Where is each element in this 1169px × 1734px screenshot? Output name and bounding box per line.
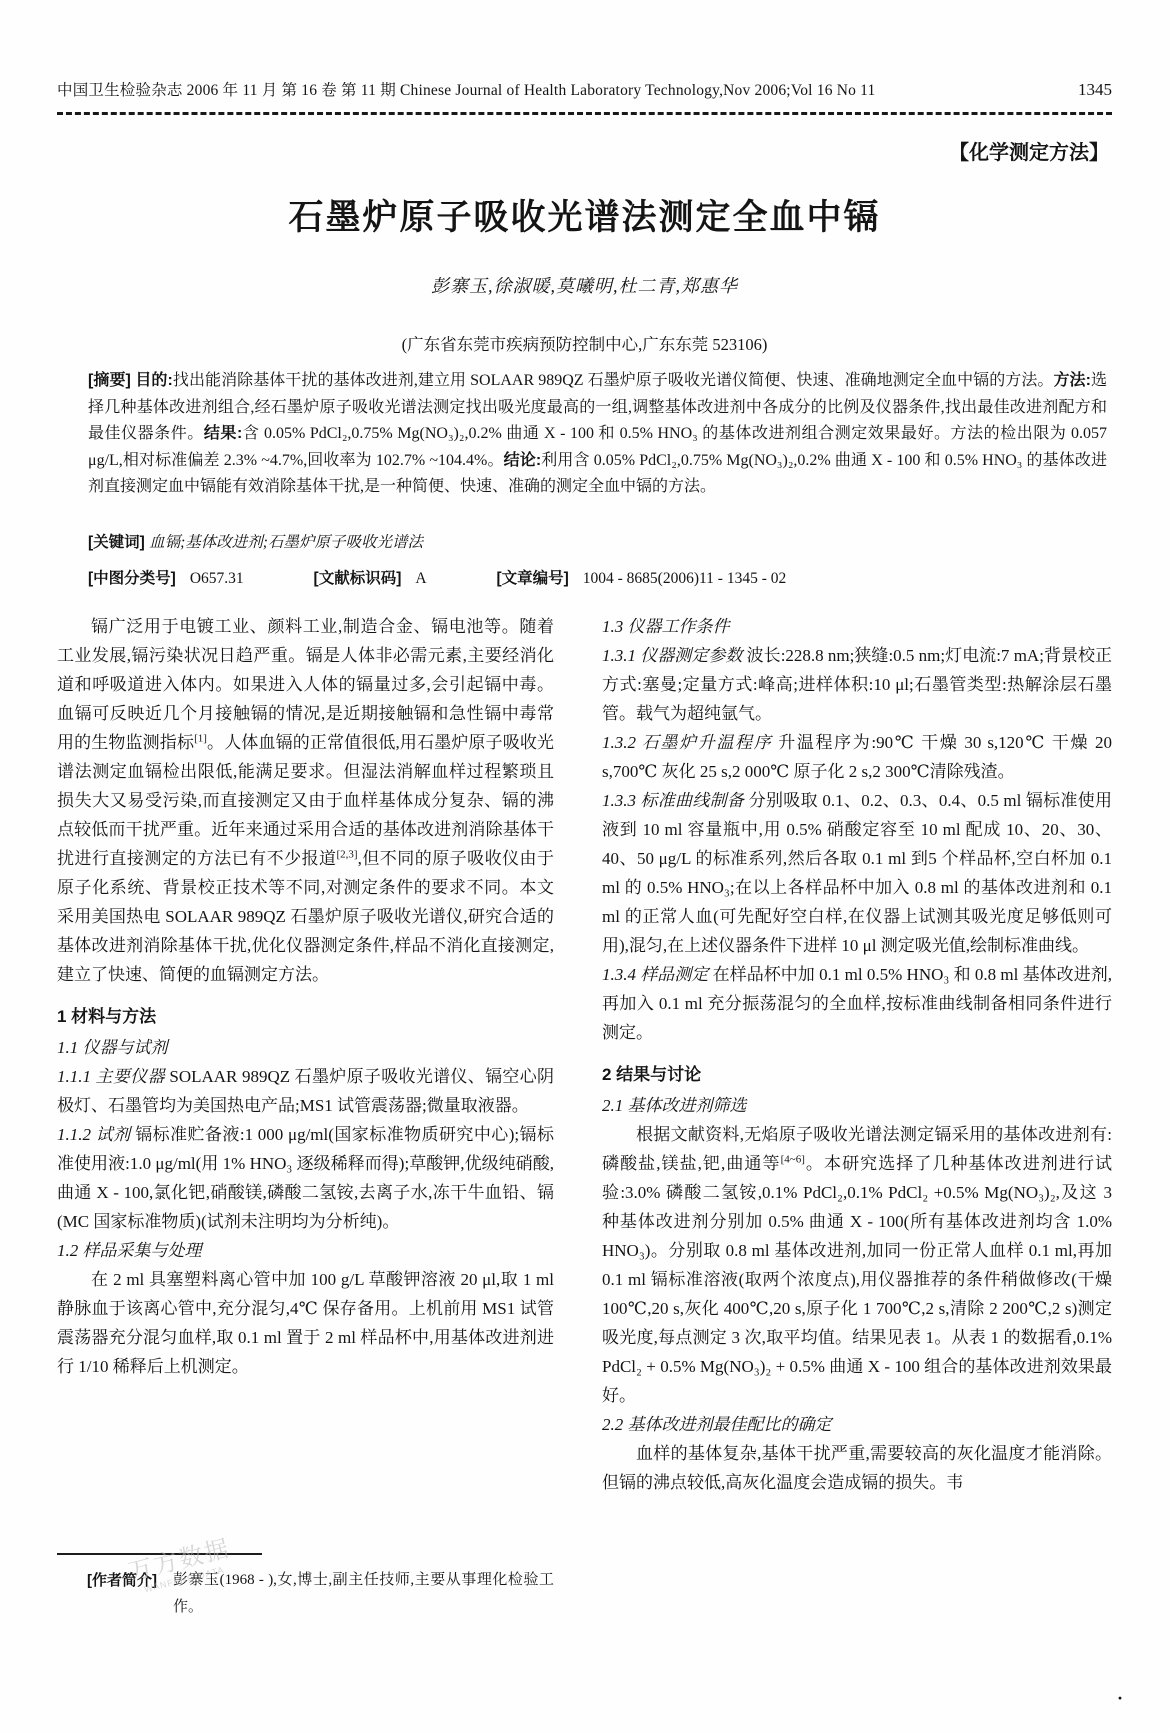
article-title: 石墨炉原子吸收光谱法测定全血中镉 xyxy=(0,190,1169,240)
bold-label: 结论: xyxy=(504,452,542,469)
bold-label: 目的: xyxy=(135,372,172,389)
keywords-text: 血镉;基体改进剂;石墨炉原子吸收光谱法 xyxy=(149,534,423,551)
keywords-label: [关键词] xyxy=(88,534,149,551)
inline-heading: 1.3.1 仪器测定参数 xyxy=(602,646,747,665)
footnote-line: [作者简介] 彭寨玉(1968 - ),女,博士,副主任技师,主要从事理化检验工… xyxy=(57,1567,554,1621)
inline-heading: 1.3.3 标准曲线制备 xyxy=(602,791,749,810)
body-paragraph: 在 2 ml 具塞塑料离心管中加 100 g/L 草酸钾溶液 20 μl,取 1… xyxy=(57,1265,554,1381)
article-id: [文章编号]1004 - 8685(2006)11 - 1345 - 02 xyxy=(496,570,786,587)
body-paragraph: 根据文献资料,无焰原子吸收光谱法测定镉采用的基体改进剂有:磷酸盐,镁盐,钯,曲通… xyxy=(602,1120,1112,1410)
section-heading: 1.1 仪器与试剂 xyxy=(57,1033,554,1062)
right-column: 1.3 仪器工作条件1.3.1 仪器测定参数 波长:228.8 nm;狭缝:0.… xyxy=(602,612,1112,1497)
journal-page: 中国卫生检验杂志 2006 年 11 月 第 16 卷 第 11 期 Chine… xyxy=(0,0,1169,1734)
article-category: 【化学测定方法】 xyxy=(949,136,1109,165)
document-code-label: [文献标识码] xyxy=(314,570,402,587)
abstract-paragraph: [摘要] 目的:找出能消除基体干扰的基体改进剂,建立用 SOLAAR 989QZ… xyxy=(88,368,1107,501)
bold-label: [摘要] xyxy=(88,372,135,389)
inline-heading: 1.1.2 试剂 xyxy=(57,1125,135,1144)
author-footnote: [作者简介] 彭寨玉(1968 - ),女,博士,副主任技师,主要从事理化检验工… xyxy=(57,1553,554,1621)
header-divider xyxy=(57,112,1112,115)
citation-reference: [2,3] xyxy=(337,848,358,860)
body-paragraph: 1.3.2 石墨炉升温程序 升温程序为:90℃ 干燥 30 s,120℃ 干燥 … xyxy=(602,728,1112,786)
inline-heading: 1.3.4 样品测定 xyxy=(602,965,713,984)
classification-line: [中图分类号]O657.31 [文献标识码]A [文章编号]1004 - 868… xyxy=(88,566,1107,588)
footnote-text: 彭寨玉(1968 - ),女,博士,副主任技师,主要从事理化检验工作。 xyxy=(173,1567,554,1621)
body-paragraph: 1.1.1 主要仪器 SOLAAR 989QZ 石墨炉原子吸收光谱仪、镉空心阴极… xyxy=(57,1062,554,1120)
footnote-divider xyxy=(57,1553,262,1555)
body-paragraph: 镉广泛用于电镀工业、颜料工业,制造合金、镉电池等。随着工业发展,镉污染状况日趋严… xyxy=(57,612,554,989)
section-heading: 2.2 基体改进剂最佳配比的确定 xyxy=(602,1410,1112,1439)
page-header: 中国卫生检验杂志 2006 年 11 月 第 16 卷 第 11 期 Chine… xyxy=(57,78,1112,100)
body-paragraph: 血样的基体复杂,基体干扰严重,需要较高的灰化温度才能消除。但镉的沸点较低,高灰化… xyxy=(602,1439,1112,1497)
clc-value: O657.31 xyxy=(190,570,244,587)
article-id-value: 1004 - 8685(2006)11 - 1345 - 02 xyxy=(583,570,786,587)
article-authors: 彭寨玉,徐淑暖,莫曦明,杜二青,郑惠华 xyxy=(0,272,1169,298)
article-affiliation: (广东省东莞市疾病预防控制中心,广东东莞 523106) xyxy=(0,331,1169,355)
article-body: 镉广泛用于电镀工业、颜料工业,制造合金、镉电池等。随着工业发展,镉污染状况日趋严… xyxy=(57,612,1112,1497)
document-code: [文献标识码]A xyxy=(314,570,427,587)
bold-label: 结果: xyxy=(204,425,242,442)
section-heading: 1.3 仪器工作条件 xyxy=(602,612,1112,641)
footnote-label: [作者简介] xyxy=(87,1567,157,1621)
body-paragraph: 1.3.4 样品测定 在样品杯中加 0.1 ml 0.5% HNO₃ 和 0.8… xyxy=(602,960,1112,1047)
citation-reference: [1] xyxy=(194,732,207,744)
page-number: 1345 xyxy=(1078,80,1112,100)
journal-info: 中国卫生检验杂志 2006 年 11 月 第 16 卷 第 11 期 Chine… xyxy=(57,78,875,100)
section-heading: 1 材料与方法 xyxy=(57,1002,554,1031)
article-id-label: [文章编号] xyxy=(496,570,568,587)
inline-heading: 1.3.2 石墨炉升温程序 xyxy=(602,733,778,752)
clc-number: [中图分类号]O657.31 xyxy=(88,570,244,587)
body-paragraph: 1.3.1 仪器测定参数 波长:228.8 nm;狭缝:0.5 nm;灯电流:7… xyxy=(602,641,1112,728)
section-heading: 2 结果与讨论 xyxy=(602,1060,1112,1089)
bold-label: 方法: xyxy=(1053,372,1090,389)
clc-label: [中图分类号] xyxy=(88,570,176,587)
section-heading: 1.2 样品采集与处理 xyxy=(57,1236,554,1265)
keywords-line: [关键词] 血镉;基体改进剂;石墨炉原子吸收光谱法 xyxy=(88,530,1107,552)
citation-reference: [4~6] xyxy=(781,1153,805,1165)
body-paragraph: 1.3.3 标准曲线制备 分别吸取 0.1、0.2、0.3、0.4、0.5 ml… xyxy=(602,786,1112,960)
section-heading: 2.1 基体改进剂筛选 xyxy=(602,1091,1112,1120)
bottom-right-mark: · xyxy=(1117,1688,1123,1709)
left-column: 镉广泛用于电镀工业、颜料工业,制造合金、镉电池等。随着工业发展,镉污染状况日趋严… xyxy=(57,612,554,1497)
inline-heading: 1.1.1 主要仪器 xyxy=(57,1067,169,1086)
document-code-value: A xyxy=(415,570,426,587)
body-paragraph: 1.1.2 试剂 镉标准贮备液:1 000 μg/ml(国家标准物质研究中心);… xyxy=(57,1120,554,1236)
